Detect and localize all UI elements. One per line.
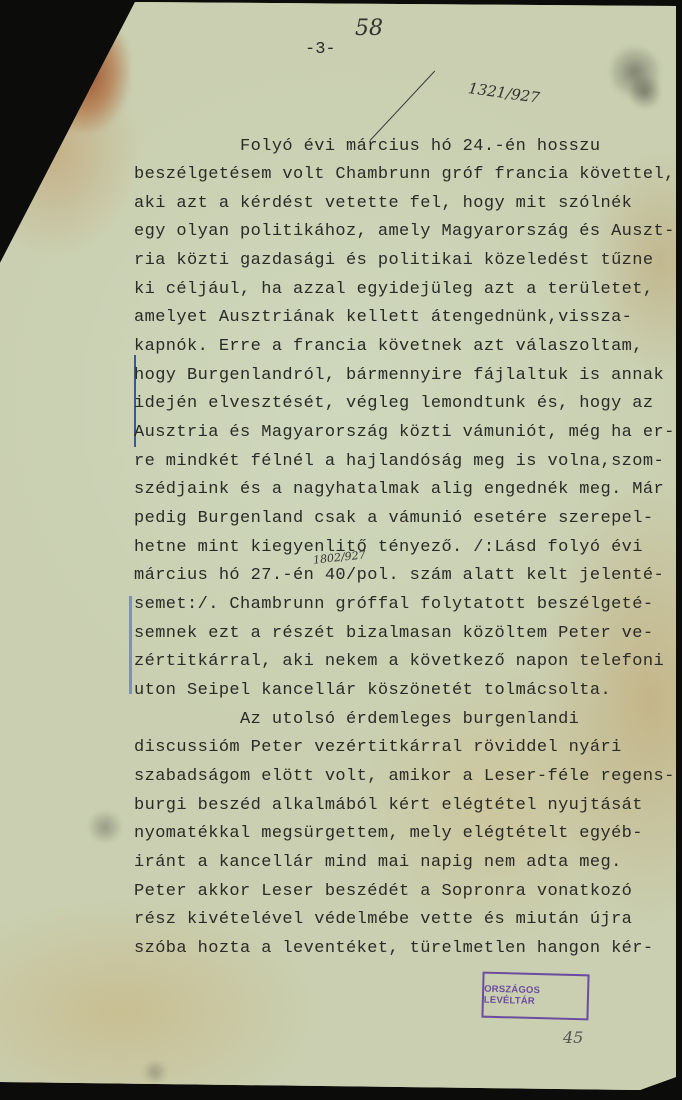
margin-pencil-mark-blue [129, 596, 132, 694]
text-line: burgi beszéd alkalmából kért elégtétel n… [134, 792, 643, 821]
pencil-page-mark: 45 [563, 1028, 583, 1047]
text-line: semet:/. Chambrunn gróffal folytatott be… [134, 591, 653, 620]
text-line: zértitkárral, aki nekem a következő napo… [134, 648, 664, 677]
ink-smudge-left [85, 812, 125, 842]
text-line: szédjaink és a nagyhatalmak alig engedné… [134, 476, 664, 505]
archive-stamp: ORSZÁGOS LEVÉLTÁR [481, 972, 589, 1021]
scanned-document-page: -3- 58 1321/927 Folyó évi március hó 24.… [0, 0, 682, 1100]
text-line: discussióm Peter vezértitkárral röviddel… [134, 734, 622, 763]
ink-smudge-right [630, 72, 660, 112]
page-number: -3- [305, 40, 336, 59]
text-line: amelyet Ausztriának kellett átengednünk,… [134, 304, 632, 333]
text-line: Folyó évi március hó 24.-én hosszu [134, 133, 600, 162]
text-line: uton Seipel kancellár köszönetét tolmács… [134, 677, 611, 706]
text-line: Peter akkor Leser beszédét a Sopronra vo… [134, 878, 632, 907]
text-line: ki céljául, ha azzal egyidejüleg azt a t… [134, 276, 653, 305]
text-line: Az utolsó érdemleges burgenlandi [134, 706, 579, 735]
ink-smudge-bottom [140, 1062, 170, 1082]
text-line: re mindkét félnél a hajlandóság meg is v… [134, 448, 664, 477]
text-line: egy olyan politikához, amely Magyarorszá… [134, 218, 675, 247]
text-line: semnek ezt a részét bizalmasan közöltem … [134, 620, 653, 649]
text-line: ria közti gazdasági és politikai közeled… [134, 247, 653, 276]
text-line: beszélgetésem volt Chambrunn gróf franci… [134, 161, 675, 190]
text-line: hogy Burgenlandról, bármennyire fájlaltu… [134, 362, 664, 391]
text-line: március hó 27.-én 40/pol. szám alatt kel… [134, 562, 664, 591]
text-line: rész kivételével védelmébe vette és miut… [134, 906, 632, 935]
text-line: nyomatékkal megsürgettem, mely elégtétel… [134, 820, 643, 849]
text-line: hetne mint kiegyenlitő tényező. /:Lásd f… [134, 534, 643, 563]
text-line: Ausztria és Magyarország közti vámuniót,… [134, 419, 675, 448]
stamp-label: ORSZÁGOS LEVÉLTÁR [484, 984, 588, 1009]
text-line: iránt a kancellár mind mai napig nem adt… [134, 849, 622, 878]
rust-stain [40, 22, 130, 132]
handwritten-folio-number: 58 [355, 16, 383, 41]
text-line: pedig Burgenland csak a vámunió esetére … [134, 505, 653, 534]
text-line: kapnók. Erre a francia követnek azt vála… [134, 333, 643, 362]
text-line: szabadságom elött volt, amikor a Leser-f… [134, 763, 675, 792]
text-line: szóba hozta a leventéket, türelmetlen ha… [134, 935, 653, 964]
text-line: aki azt a kérdést vetette fel, hogy mit … [134, 190, 632, 219]
text-line: idején elvesztését, végleg lemondtunk és… [134, 390, 653, 419]
